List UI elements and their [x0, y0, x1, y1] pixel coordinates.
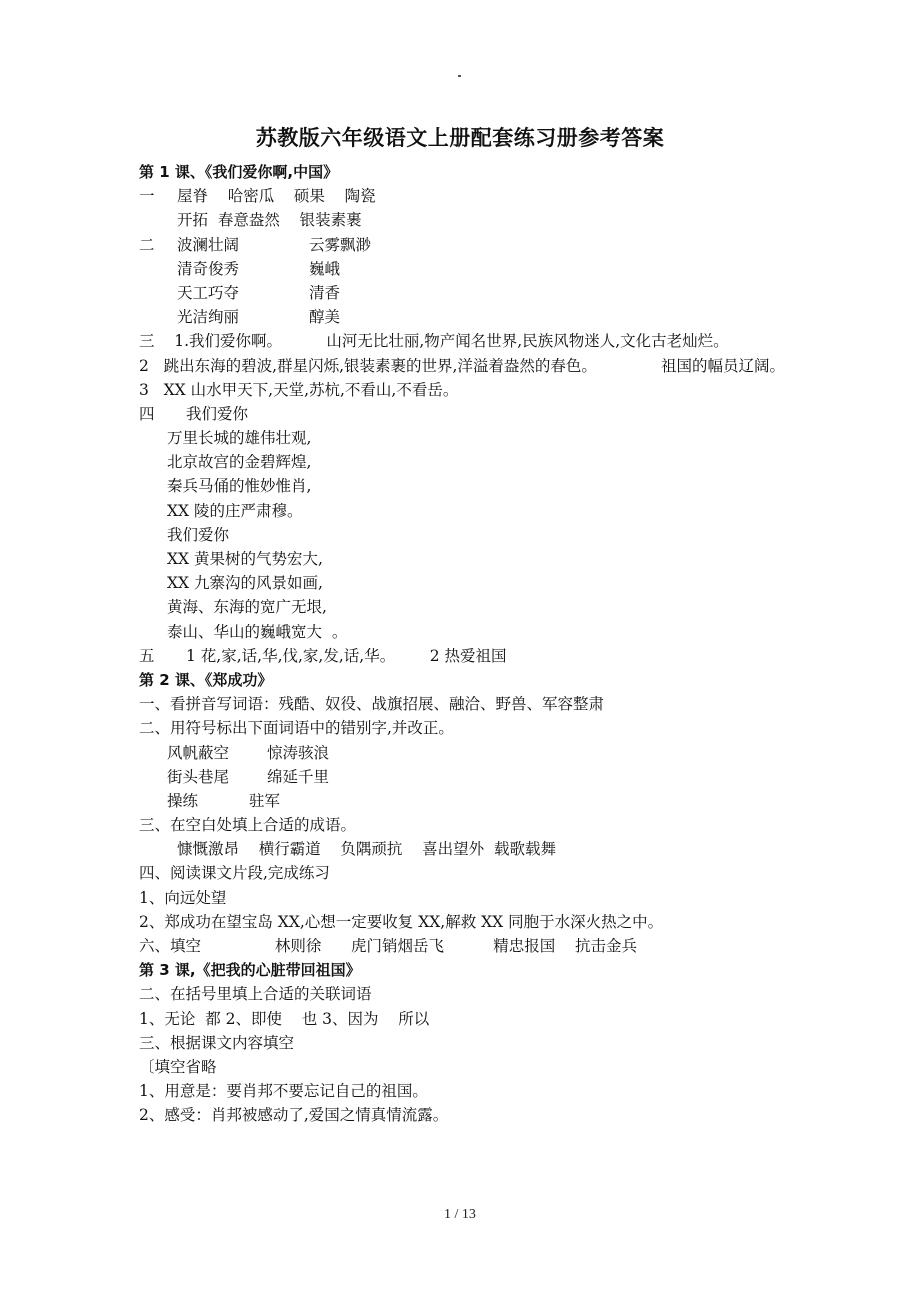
lesson-1-q3-item1: 三 1.我们爱你啊。 山河无比壮丽,物产闻名世界,民族风物迷人,文化古老灿烂。 — [139, 329, 799, 353]
answer-text: 1 花,家,话,华,伐,家,发,话,华。 2 热爱祖国 — [186, 647, 506, 665]
lesson-3-answer-2: 2、感受：肖邦被感动了,爱国之情真情流露。 — [139, 1103, 799, 1127]
answer-word: 绵延千里 — [267, 765, 329, 789]
lesson-2-q2-row: 街头巷尾绵延千里 — [139, 765, 799, 789]
lesson-3-answer-1: 1、用意是：要肖邦不要忘记自己的祖国。 — [139, 1079, 799, 1103]
lesson-2-q2-row: 风帆蔽空惊涛骇浪 — [139, 741, 799, 765]
document-body: 第 1 课、《我们爱你啊,中国》 一屋脊 哈密瓜 硕果 陶瓷 开拓 春意盎然 银… — [139, 160, 799, 1128]
lesson-1-q4-line: 四我们爱你 — [139, 402, 799, 426]
poem-line: 万里长城的雄伟壮观, — [139, 426, 799, 450]
lesson-2-q3-answers: 慷慨激昂 横行霸道 负隅顽抗 喜出望外 载歌载舞 — [139, 837, 799, 861]
answer-word: 波澜壮阔 — [177, 233, 309, 257]
lesson-3-q3-note: 〔填空省略 — [139, 1055, 799, 1079]
answer-word: 驻军 — [249, 789, 280, 813]
page-marker-dot — [458, 75, 461, 77]
answer-word: 天工巧夺 — [177, 281, 309, 305]
answer-word: 清香 — [309, 281, 340, 305]
poem-line: 我们爱你 — [139, 523, 799, 547]
poem-line: XX 九寨沟的风景如画, — [139, 571, 799, 595]
lesson-1-q2-row: 二波澜壮阔云雾飘渺 — [139, 233, 799, 257]
lesson-1-q2-row: 清奇俊秀巍峨 — [139, 257, 799, 281]
lesson-2-q3: 三、在空白处填上合适的成语。 — [139, 813, 799, 837]
lesson-1-q3-item3: 3 XX 山水甲天下,天堂,苏杭,不看山,不看岳。 — [139, 378, 799, 402]
lesson-1-q1-line1: 一屋脊 哈密瓜 硕果 陶瓷 — [139, 184, 799, 208]
lesson-2-q6: 六、填空 林则徐 虎门销烟岳飞 精忠报国 抗击金兵 — [139, 934, 799, 958]
question-label: 五 — [139, 644, 186, 668]
lesson-3-heading: 第 3 课,《把我的心脏带回祖国》 — [139, 958, 799, 982]
answer-word: 操练 — [167, 789, 249, 813]
poem-line: 泰山、华山的巍峨宽大 。 — [139, 620, 799, 644]
answer-word: 清奇俊秀 — [177, 257, 309, 281]
lesson-1-q1-line2: 开拓 春意盎然 银装素裹 — [139, 208, 799, 232]
poem-line: 秦兵马俑的惟妙惟肖, — [139, 474, 799, 498]
question-label: 一 — [139, 184, 177, 208]
lesson-2-q4-answer-2: 2、郑成功在望宝岛 XX,心想一定要收复 XX,解救 XX 同胞于水深火热之中。 — [139, 910, 799, 934]
lesson-1-q2-row: 光洁绚丽醇美 — [139, 305, 799, 329]
answer-word: 醇美 — [309, 305, 340, 329]
poem-line: 黄海、东海的宽广无垠, — [139, 595, 799, 619]
lesson-2-heading: 第 2 课、《郑成功》 — [139, 668, 799, 692]
lesson-3-q3: 三、根据课文内容填空 — [139, 1031, 799, 1055]
lesson-2-q4: 四、阅读课文片段,完成练习 — [139, 861, 799, 885]
lesson-1-heading: 第 1 课、《我们爱你啊,中国》 — [139, 160, 799, 184]
lesson-1-q5: 五1 花,家,话,华,伐,家,发,话,华。 2 热爱祖国 — [139, 644, 799, 668]
answer-word: 惊涛骇浪 — [267, 741, 329, 765]
answer-word: 巍峨 — [309, 257, 340, 281]
lesson-2-q2: 二、用符号标出下面词语中的错别字,并改正。 — [139, 716, 799, 740]
poem-line: XX 陵的庄严肃穆。 — [139, 499, 799, 523]
document-title: 苏教版六年级语文上册配套练习册参考答案 — [0, 122, 920, 152]
page-number: 1 / 13 — [0, 1207, 920, 1223]
answer-word: 云雾飘渺 — [309, 233, 371, 257]
answer-text: 1.我们爱你啊。 山河无比壮丽,物产闻名世界,民族风物迷人,文化古老灿烂。 — [174, 332, 728, 350]
answer-word: 光洁绚丽 — [177, 305, 309, 329]
question-label: 四 — [139, 402, 186, 426]
answer-word: 街头巷尾 — [167, 765, 267, 789]
answer-text: 屋脊 哈密瓜 硕果 陶瓷 — [177, 187, 376, 205]
poem-line: 北京故宫的金碧辉煌, — [139, 450, 799, 474]
poem-line: XX 黄果树的气势宏大, — [139, 547, 799, 571]
question-label: 三 — [139, 332, 155, 350]
lesson-1-q3-item2: 2 跳出东海的碧波,群星闪烁,银装素裹的世界,洋溢着盎然的春色。 祖国的幅员辽阔… — [139, 354, 799, 378]
lesson-3-q2-answers: 1、无论 都 2、即使 也 3、因为 所以 — [139, 1007, 799, 1031]
question-label: 二 — [139, 233, 177, 257]
lesson-2-q4-answer-1: 1、向远处望 — [139, 886, 799, 910]
answer-word: 风帆蔽空 — [167, 741, 267, 765]
lesson-1-q2-row: 天工巧夺清香 — [139, 281, 799, 305]
lesson-2-q1: 一、看拼音写词语：残酷、奴役、战旗招展、融洽、野兽、军容整肃 — [139, 692, 799, 716]
poem-line: 我们爱你 — [186, 405, 248, 423]
lesson-3-q2: 二、在括号里填上合适的关联词语 — [139, 982, 799, 1006]
lesson-2-q2-row: 操练驻军 — [139, 789, 799, 813]
